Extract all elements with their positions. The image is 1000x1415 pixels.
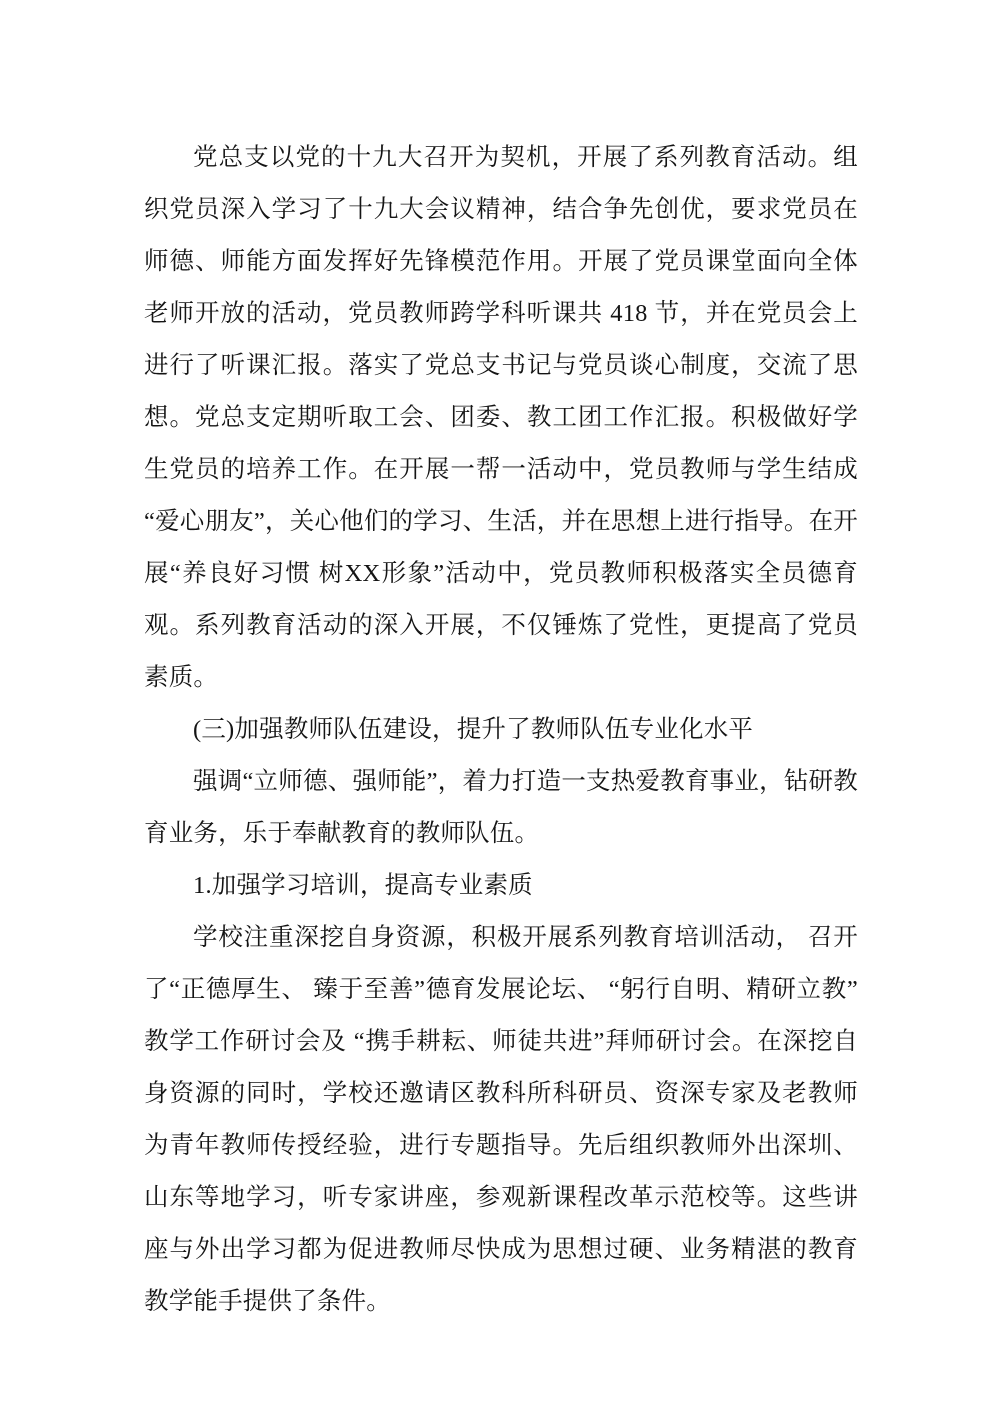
document-body: 党总支以党的十九大召开为契机，开展了系列教育活动。组织党员深入学习了十九大会议精…: [144, 132, 858, 1328]
paragraph-training-activities: 学校注重深挖自身资源，积极开展系列教育培训活动， 召开了“正德厚生、 臻于至善”…: [144, 912, 858, 1328]
subheading-1-strengthen-training: 1.加强学习培训，提高专业素质: [144, 860, 858, 912]
document-page: 党总支以党的十九大召开为契机，开展了系列教育活动。组织党员深入学习了十九大会议精…: [0, 0, 1000, 1415]
heading-section-3-teacher-team-building: (三)加强教师队伍建设，提升了教师队伍专业化水平: [144, 704, 858, 756]
paragraph-party-education-activities: 党总支以党的十九大召开为契机，开展了系列教育活动。组织党员深入学习了十九大会议精…: [144, 132, 858, 704]
paragraph-teacher-team-goal: 强调“立师德、强师能”，着力打造一支热爱教育事业，钻研教育业务，乐于奉献教育的教…: [144, 756, 858, 860]
